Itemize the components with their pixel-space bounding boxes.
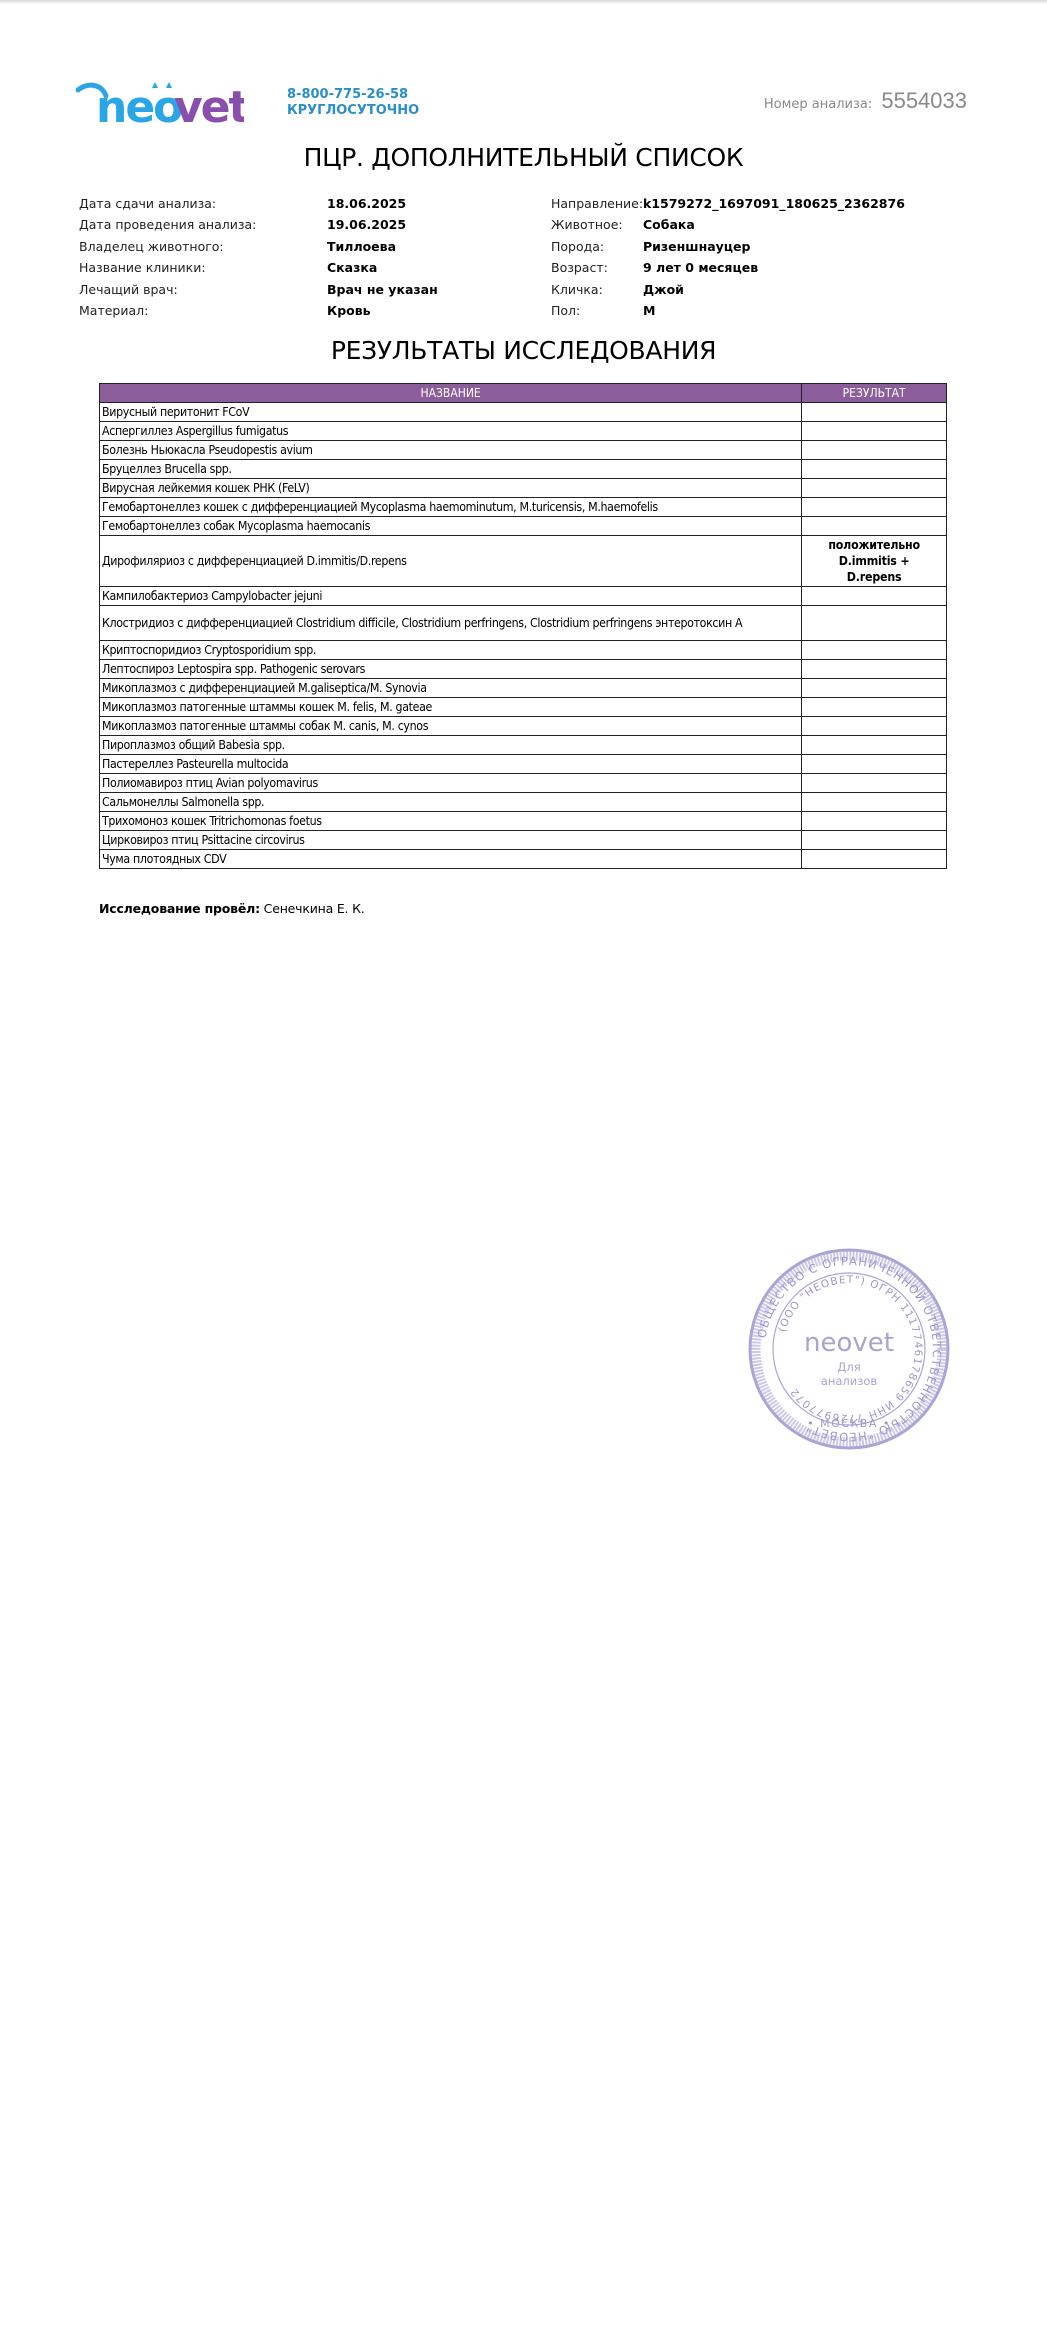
top-shadow xyxy=(0,0,1047,4)
info-right-label: Направление: xyxy=(551,193,643,214)
stamp-purpose-2: анализов xyxy=(821,1374,878,1388)
test-result-cell xyxy=(802,736,947,755)
test-result-cell xyxy=(802,660,947,679)
test-result-cell xyxy=(802,498,947,517)
analysis-number-value: 5554033 xyxy=(881,88,967,113)
test-name-cell: Гемобартонеллез собак Mycoplasma haemoca… xyxy=(100,517,802,536)
test-name-cell: Вирусный перитонит FCoV xyxy=(100,403,802,422)
test-name-cell: Цирковироз птиц Psittacine circovirus xyxy=(100,831,802,850)
column-header-result: РЕЗУЛЬТАТ xyxy=(802,384,947,403)
table-row: Болезнь Ньюкасла Pseudopestis avium xyxy=(100,441,947,460)
test-name-cell: Вирусная лейкемия кошек РНК (FeLV) xyxy=(100,479,802,498)
test-name-cell: Лептоспироз Leptospira spp. Pathogenic s… xyxy=(100,660,802,679)
info-right-row: Направление:k1579272_1697091_180625_2362… xyxy=(551,193,905,214)
info-left-value: Кровь xyxy=(327,300,371,321)
table-row: Дирофиляриоз с дифференциацией D.immitis… xyxy=(100,536,947,587)
info-left-label: Название клиники: xyxy=(79,257,327,278)
analysis-number-label: Номер анализа: xyxy=(764,97,872,112)
table-row: Гемобартонеллез собак Mycoplasma haemoca… xyxy=(100,517,947,536)
test-result-cell xyxy=(802,774,947,793)
test-result-cell xyxy=(802,460,947,479)
info-left: Дата сдачи анализа:18.06.2025Дата провед… xyxy=(79,193,438,321)
info-left-row: Лечащий врач:Врач не указан xyxy=(79,279,438,300)
signed-by-name: Сенечкина Е. К. xyxy=(264,901,365,916)
info-left-value: Тиллоева xyxy=(327,236,396,257)
logo-text-vet: vet xyxy=(174,82,244,128)
info-left-value: 18.06.2025 xyxy=(327,193,406,214)
info-right-row: Возраст:9 лет 0 месяцев xyxy=(551,257,905,278)
info-left-row: Дата проведения анализа:19.06.2025 xyxy=(79,214,438,235)
info-right-value: 9 лет 0 месяцев xyxy=(643,257,758,278)
table-row: Микоплазмоз с дифференциацией M.galisept… xyxy=(100,679,947,698)
results-table: НАЗВАНИЕ РЕЗУЛЬТАТ Вирусный перитонит FC… xyxy=(99,383,947,869)
neovet-logo: neo vet xyxy=(74,78,244,128)
info-left-row: Название клиники:Сказка xyxy=(79,257,438,278)
test-result-cell xyxy=(802,755,947,774)
table-row: Бруцеллез Brucella spp. xyxy=(100,460,947,479)
analysis-number: Номер анализа: 5554033 xyxy=(764,88,967,114)
test-result-cell xyxy=(802,717,947,736)
test-result-cell xyxy=(802,793,947,812)
info-left-row: Владелец животного:Тиллоева xyxy=(79,236,438,257)
info-left-label: Владелец животного: xyxy=(79,236,327,257)
info-right-row: Животное:Собака xyxy=(551,214,905,235)
info-left-label: Лечащий врач: xyxy=(79,279,327,300)
table-row: Аспергиллез Aspergillus fumigatus xyxy=(100,422,947,441)
table-row: Вирусная лейкемия кошек РНК (FeLV) xyxy=(100,479,947,498)
test-name-cell: Болезнь Ньюкасла Pseudopestis avium xyxy=(100,441,802,460)
info-left-label: Дата сдачи анализа: xyxy=(79,193,327,214)
table-row: Пастереллез Pasteurella multocida xyxy=(100,755,947,774)
info-right-label: Кличка: xyxy=(551,279,643,300)
test-name-cell: Полиомавироз птиц Avian polyomavirus xyxy=(100,774,802,793)
company-stamp: ОБЩЕСТВО С ОГРАНИЧЕННОЙ ОТВЕТСТВЕННОСТЬЮ… xyxy=(747,1247,951,1451)
table-row: Сальмонеллы Salmonella spp. xyxy=(100,793,947,812)
info-right-value: М xyxy=(643,300,655,321)
info-left-value: 19.06.2025 xyxy=(327,214,406,235)
test-name-cell: Сальмонеллы Salmonella spp. xyxy=(100,793,802,812)
test-result-cell xyxy=(802,812,947,831)
info-left-label: Дата проведения анализа: xyxy=(79,214,327,235)
test-name-cell: Микоплазмоз с дифференциацией M.galisept… xyxy=(100,679,802,698)
info-right-label: Возраст: xyxy=(551,257,643,278)
signed-by: Исследование провёл: Сенечкина Е. К. xyxy=(99,901,365,916)
info-left-row: Материал:Кровь xyxy=(79,300,438,321)
phone-hours: КРУГЛОСУТОЧНО xyxy=(287,103,419,119)
test-result-cell xyxy=(802,403,947,422)
test-result-cell xyxy=(802,587,947,606)
info-right-value: k1579272_1697091_180625_2362876 xyxy=(643,193,905,214)
test-name-cell: Микоплазмоз патогенные штаммы кошек M. f… xyxy=(100,698,802,717)
contact-phone: 8-800-775-26-58 КРУГЛОСУТОЧНО xyxy=(287,87,419,119)
test-result-cell xyxy=(802,606,947,641)
info-right-row: Порода:Ризеншнауцер xyxy=(551,236,905,257)
test-result-cell xyxy=(802,698,947,717)
test-result-cell xyxy=(802,641,947,660)
table-row: Криптоспоридиоз Cryptosporidium spp. xyxy=(100,641,947,660)
test-name-cell: Криптоспоридиоз Cryptosporidium spp. xyxy=(100,641,802,660)
info-right-value: Джой xyxy=(643,279,684,300)
test-name-cell: Дирофиляриоз с дифференциацией D.immitis… xyxy=(100,536,802,587)
neovet-logo-icon: neo vet xyxy=(74,78,244,128)
info-right-value: Собака xyxy=(643,214,695,235)
info-right-row: Кличка:Джой xyxy=(551,279,905,300)
stamp-icon: ОБЩЕСТВО С ОГРАНИЧЕННОЙ ОТВЕТСТВЕННОСТЬЮ… xyxy=(747,1247,951,1451)
info-left-value: Сказка xyxy=(327,257,377,278)
table-row: Гемобартонеллез кошек с дифференциацией … xyxy=(100,498,947,517)
logo-text-neo: neo xyxy=(96,82,182,128)
test-name-cell: Пастереллез Pasteurella multocida xyxy=(100,755,802,774)
table-row: Лептоспироз Leptospira spp. Pathogenic s… xyxy=(100,660,947,679)
test-name-cell: Кампилобактериоз Campylobacter jejuni xyxy=(100,587,802,606)
table-header-row: НАЗВАНИЕ РЕЗУЛЬТАТ xyxy=(100,384,947,403)
table-row: Клостридиоз с дифференциацией Clostridiu… xyxy=(100,606,947,641)
test-result-cell xyxy=(802,479,947,498)
stamp-purpose-1: Для xyxy=(837,1360,860,1374)
table-row: Микоплазмоз патогенные штаммы собак M. c… xyxy=(100,717,947,736)
test-result-cell xyxy=(802,850,947,869)
test-name-cell: Аспергиллез Aspergillus fumigatus xyxy=(100,422,802,441)
test-result-cell xyxy=(802,679,947,698)
info-left-row: Дата сдачи анализа:18.06.2025 xyxy=(79,193,438,214)
test-name-cell: Бруцеллез Brucella spp. xyxy=(100,460,802,479)
table-row: Трихомоноз кошек Tritrichomonas foetus xyxy=(100,812,947,831)
test-result-cell xyxy=(802,517,947,536)
info-right: Направление:k1579272_1697091_180625_2362… xyxy=(551,193,905,321)
table-row: Полиомавироз птиц Avian polyomavirus xyxy=(100,774,947,793)
test-result-cell xyxy=(802,422,947,441)
table-row: Микоплазмоз патогенные штаммы кошек M. f… xyxy=(100,698,947,717)
test-name-cell: Чума плотоядных CDV xyxy=(100,850,802,869)
test-name-cell: Клостридиоз с дифференциацией Clostridiu… xyxy=(100,606,802,641)
info-left-value: Врач не указан xyxy=(327,279,438,300)
test-result-cell: положительноD.immitis +D.repens xyxy=(802,536,947,587)
phone-number[interactable]: 8-800-775-26-58 xyxy=(287,87,419,103)
test-result-cell xyxy=(802,441,947,460)
table-row: Чума плотоядных CDV xyxy=(100,850,947,869)
test-name-cell: Трихомоноз кошек Tritrichomonas foetus xyxy=(100,812,802,831)
table-row: Вирусный перитонит FCoV xyxy=(100,403,947,422)
column-header-name: НАЗВАНИЕ xyxy=(100,384,802,403)
test-name-cell: Пироплазмоз общий Babesia spp. xyxy=(100,736,802,755)
table-row: Кампилобактериоз Campylobacter jejuni xyxy=(100,587,947,606)
page-title: ПЦР. ДОПОЛНИТЕЛЬНЫЙ СПИСОК xyxy=(0,143,1047,172)
stamp-city: • МОСКВА • xyxy=(807,1417,891,1430)
info-right-label: Пол: xyxy=(551,300,643,321)
info-right-label: Порода: xyxy=(551,236,643,257)
test-result-cell xyxy=(802,831,947,850)
info-right-value: Ризеншнауцер xyxy=(643,236,750,257)
results-title: РЕЗУЛЬТАТЫ ИССЛЕДОВАНИЯ xyxy=(0,336,1047,365)
table-row: Пироплазмоз общий Babesia spp. xyxy=(100,736,947,755)
info-right-label: Животное: xyxy=(551,214,643,235)
test-name-cell: Микоплазмоз патогенные штаммы собак M. c… xyxy=(100,717,802,736)
table-row: Цирковироз птиц Psittacine circovirus xyxy=(100,831,947,850)
signed-by-label: Исследование провёл: xyxy=(99,901,260,916)
results-body: Вирусный перитонит FCoVАспергиллез Asper… xyxy=(100,403,947,869)
stamp-logo: neovet xyxy=(804,1328,894,1358)
info-right-row: Пол:М xyxy=(551,300,905,321)
test-name-cell: Гемобартонеллез кошек с дифференциацией … xyxy=(100,498,802,517)
info-left-label: Материал: xyxy=(79,300,327,321)
